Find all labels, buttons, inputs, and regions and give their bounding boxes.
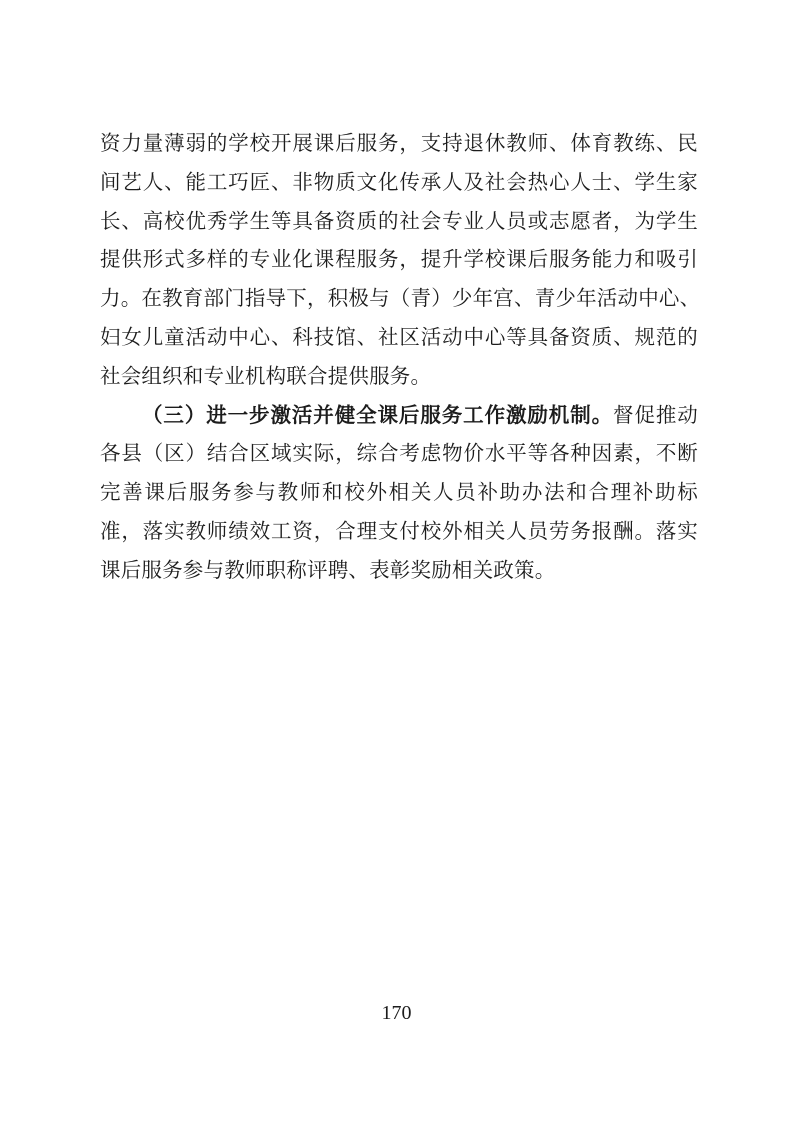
paragraph-line: 妇女儿童活动中心、科技馆、社区活动中心等具备资质、规范的: [100, 319, 698, 358]
paragraph-line: 长、高校优秀学生等具备资质的社会专业人员或志愿者，为学生: [100, 203, 698, 242]
paragraph-line: 完善课后服务参与教师和校外相关人员补助办法和合理补助标: [100, 474, 698, 513]
document-page: 资力量薄弱的学校开展课后服务，支持退休教师、体育教练、民 间艺人、能工巧匠、非物…: [0, 0, 793, 1122]
body-text: 资力量薄弱的学校开展课后服务，支持退休教师、体育教练、民 间艺人、能工巧匠、非物…: [100, 125, 698, 591]
paragraph-line: 课后服务参与教师职称评聘、表彰奖励相关政策。: [100, 552, 698, 591]
section-heading: （三）进一步激活并健全课后服务工作激励机制。: [142, 405, 613, 427]
page-number: 170: [0, 998, 793, 1028]
paragraph-line: 提供形式多样的专业化课程服务，提升学校课后服务能力和吸引: [100, 241, 698, 280]
paragraph-line: 各县（区）结合区域实际，综合考虑物价水平等各种因素，不断: [100, 435, 698, 474]
paragraph-line: 力。在教育部门指导下，积极与（青）少年宫、青少年活动中心、: [100, 280, 698, 319]
paragraph-line: 间艺人、能工巧匠、非物质文化传承人及社会热心人士、学生家: [100, 164, 698, 203]
paragraph-text: 督促推动: [613, 405, 698, 427]
paragraph-line: 资力量薄弱的学校开展课后服务，支持退休教师、体育教练、民: [100, 125, 698, 164]
paragraph-line: （三）进一步激活并健全课后服务工作激励机制。督促推动: [100, 397, 698, 436]
paragraph-line: 准，落实教师绩效工资，合理支付校外相关人员劳务报酬。落实: [100, 513, 698, 552]
paragraph-line: 社会组织和专业机构联合提供服务。: [100, 358, 698, 397]
